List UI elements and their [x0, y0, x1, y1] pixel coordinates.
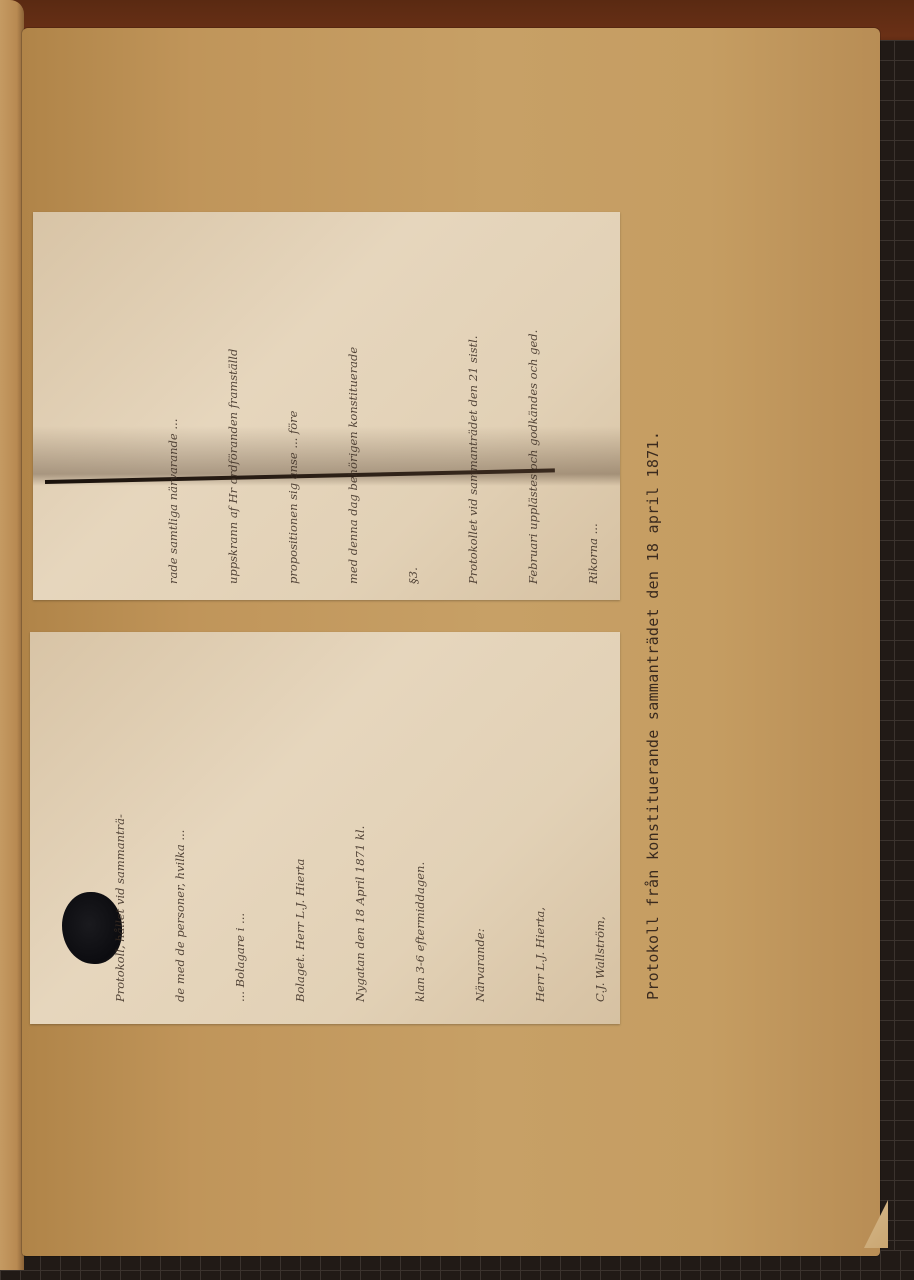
section-marker: §3. [403, 224, 423, 584]
text-line: Bolaget. Herr L.J. Hierta [290, 642, 310, 1002]
text-line: Nygatan den 18 April 1871 kl. [350, 642, 370, 1002]
cutting-mat-right [874, 40, 914, 1280]
text-line: Herr L.J. Hierta, [530, 642, 550, 1002]
handwritten-text-upper: rade samtliga närvarande ... uppskrann a… [123, 224, 620, 584]
text-line: med denna dag behörigen konstituerade [343, 224, 363, 584]
text-line: Rikorna ... [583, 224, 603, 584]
facing-page-edge [0, 0, 24, 1270]
text-line: Protokoll, hållet vid sammanträ- [110, 642, 130, 1002]
lower-photostat: Protokoll, hållet vid sammanträ- de med … [30, 632, 620, 1024]
typed-caption: Protokoll från konstituerande sammanträd… [644, 431, 662, 1000]
text-line: klan 3-6 eftermiddagen. [410, 642, 430, 1002]
upper-photostat: rade samtliga närvarande ... uppskrann a… [33, 212, 620, 600]
text-line: propositionen sig anse ... före [283, 224, 303, 584]
text-line: Protokollet vid sammanträdet den 21 sist… [463, 224, 483, 584]
text-line: de med de personer, hvilka ... [170, 642, 190, 1002]
text-line: uppskrann af Hr ordföranden framställd [223, 224, 243, 584]
text-line: Närvarande: [470, 642, 490, 1002]
text-line: Februari upplästes och godkändes och ged… [523, 224, 543, 584]
handwritten-text-lower: Protokoll, hållet vid sammanträ- de med … [70, 642, 620, 1002]
text-line: C.J. Wallström, [590, 642, 610, 1002]
text-line: rade samtliga närvarande ... [163, 224, 183, 584]
text-line: ... Bolagare i ... [230, 642, 250, 1002]
